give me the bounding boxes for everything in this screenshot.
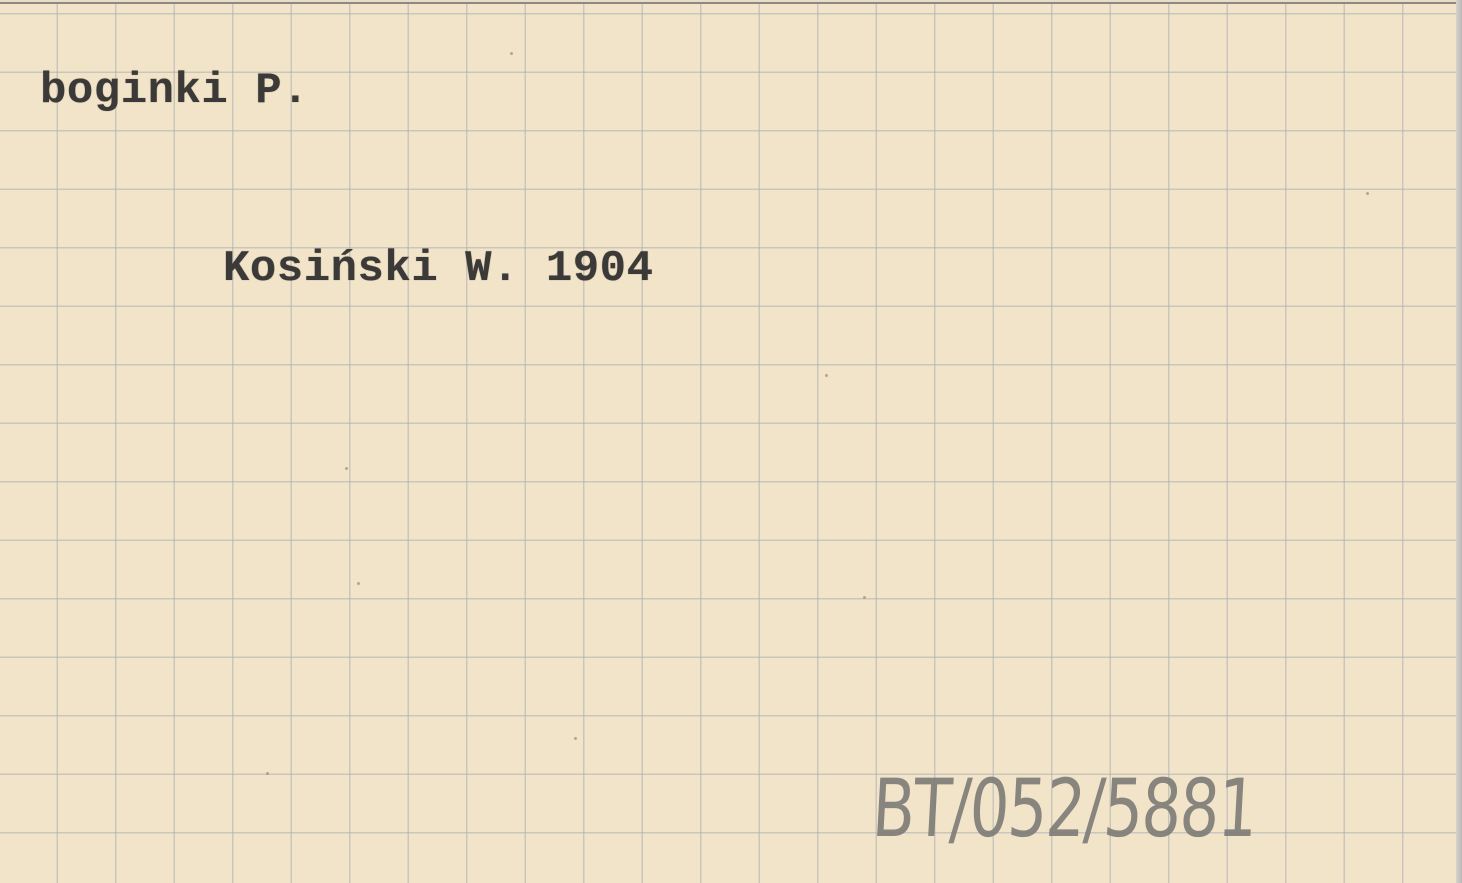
paper-speck	[574, 737, 577, 740]
paper-speck	[863, 596, 866, 599]
paper-speck	[357, 582, 360, 585]
handwritten-call-number: BT/052/5881	[870, 762, 1259, 855]
paper-speck	[345, 467, 348, 470]
paper-speck	[266, 772, 269, 775]
paper-speck	[510, 52, 513, 55]
card-heading: boginki P.	[40, 66, 309, 116]
card-edge	[1456, 0, 1462, 883]
paper-speck	[825, 374, 828, 377]
paper-speck	[1366, 192, 1369, 195]
author-year-line: Kosiński W. 1904	[223, 244, 653, 294]
catalog-card: boginki P. Kosiński W. 1904 BT/052/5881	[0, 2, 1456, 883]
